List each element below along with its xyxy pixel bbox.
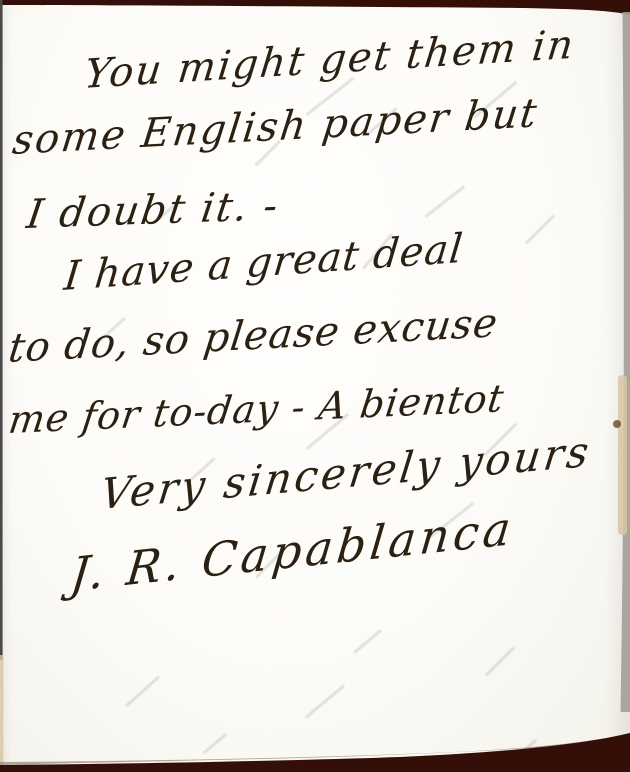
handwriting-line-3: I doubt it. - [24,183,283,238]
letter-photo: You might get them in some English paper… [0,0,630,772]
